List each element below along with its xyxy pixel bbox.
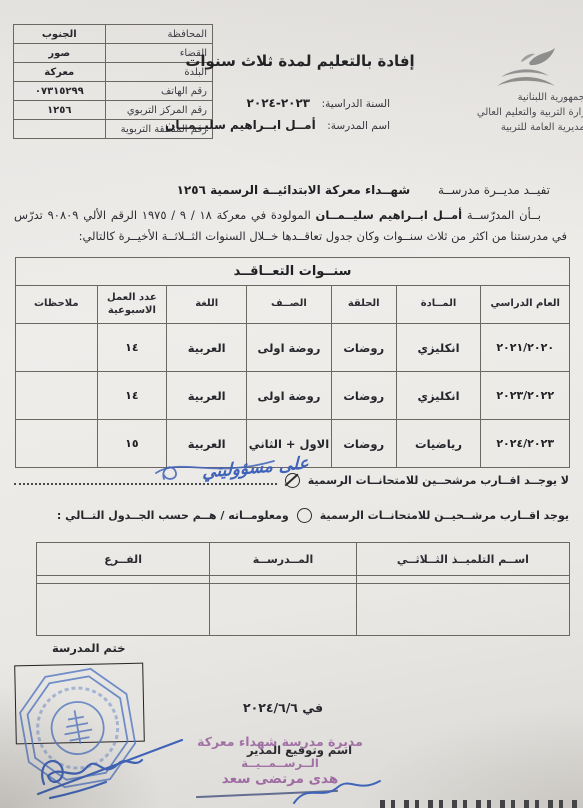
cycle-cell: روضات xyxy=(331,372,396,420)
school-year-value: ٢٠٢٣-٢٠٢٤ xyxy=(247,96,311,110)
col-header-subject: المــادة xyxy=(396,286,481,324)
director-signature-label: اسم وتوقيع المدير xyxy=(247,743,352,757)
has-relatives-label: يوجد اقــارب مرشــحيــن للامتحانــات الر… xyxy=(320,509,569,522)
empty-cell xyxy=(356,584,569,636)
col-header-language: اللغة xyxy=(167,286,247,324)
contract-table-title: سنــوات التعــاقــد xyxy=(16,258,570,286)
zone-number-value xyxy=(14,120,106,139)
dotted-answer-line xyxy=(14,482,277,485)
contract-table-title-row: سنــوات التعــاقــد xyxy=(16,258,570,286)
issue-date: في ٢٠٢٤/٦/٦ xyxy=(243,700,323,715)
students-table-header-row: اســم التلميــذ الثــلاثــي المــدرســة … xyxy=(37,543,570,576)
teacher-name-label: اسم المدرسة: xyxy=(327,120,390,132)
empty-cell xyxy=(356,576,569,584)
province-value: الجنوب xyxy=(14,25,106,44)
has-relatives-suffix: ومعلومــاته / هــم حسب الجــدول التــالي… xyxy=(57,509,289,522)
cut-off-text-fragment xyxy=(380,800,580,808)
empty-cell xyxy=(37,576,210,584)
col-header-class: الصــف xyxy=(247,286,332,324)
cycle-cell: روضات xyxy=(331,324,396,372)
center-number-label: رقم المركز التربوي xyxy=(105,101,212,120)
has-relatives-option-row: يوجد اقــارب مرشــحيــن للامتحانــات الر… xyxy=(14,508,569,523)
info-row-phone: رقم الهاتف ٠٧٣١٥٢٩٩ xyxy=(14,82,213,101)
students-table-empty-row xyxy=(37,584,570,636)
ministry-line-republic: الجمهورية اللبنانية xyxy=(477,90,583,105)
stamp-official-line: الــرســمــيــة xyxy=(196,757,364,770)
hours-cell: ١٥ xyxy=(97,420,167,468)
notes-cell xyxy=(16,372,98,420)
language-cell: العربية xyxy=(167,372,247,420)
notes-cell xyxy=(16,324,98,372)
school-year-line: السنة الدراسية: ٢٠٢٣-٢٠٢٤ xyxy=(247,96,390,110)
center-number-value: ١٢٥٦ xyxy=(14,101,106,120)
language-cell: العربية xyxy=(167,420,247,468)
col-header-school-year: العام الدراسي xyxy=(481,286,570,324)
town-value: معركة xyxy=(14,63,106,82)
class-cell: الاول + الثاني xyxy=(247,420,332,468)
subject-cell: انكليزي xyxy=(396,324,481,372)
empty-cell xyxy=(37,584,210,636)
contract-row-3: ٢٠٢٤/٢٠٢٣ رياضيات روضات الاول + الثاني ا… xyxy=(16,420,570,468)
empty-circle-icon xyxy=(297,508,312,523)
para-start: بــأن المدرّســة xyxy=(467,208,541,222)
cycle-cell: روضات xyxy=(331,420,396,468)
checked-circle-icon xyxy=(285,473,300,488)
certify-prefix: تفيــد مديــرة مدرســة xyxy=(438,183,550,197)
secondary-signature-icon xyxy=(288,775,388,808)
subject-cell: رياضيات xyxy=(396,420,481,468)
empty-cell xyxy=(210,584,357,636)
empty-cell xyxy=(210,576,357,584)
language-cell: العربية xyxy=(167,324,247,372)
contract-row-2: ٢٠٢٣/٢٠٢٢ انكليزي روضات روضة اولى العربي… xyxy=(16,372,570,420)
ministry-line-directorate: المديرية العامة للتربية xyxy=(477,120,583,135)
province-label: المحافظة xyxy=(105,25,212,44)
phone-label: رقم الهاتف xyxy=(105,82,212,101)
class-cell: روضة اولى xyxy=(247,372,332,420)
para-teacher-name: أمــل ابــراهيم سليــمــان xyxy=(316,208,463,222)
no-relatives-option-row: لا يوجــد اقــارب مرشحــين للامتحانــات … xyxy=(14,473,569,488)
info-row-province: المحافظة الجنوب xyxy=(14,25,213,44)
teacher-name-value: أمــل ابــراهيم سليــمــان xyxy=(165,118,316,132)
principal-signature-icon xyxy=(30,724,190,806)
hours-cell: ١٤ xyxy=(97,324,167,372)
teacher-name-line: اسم المدرسة: أمــل ابــراهيم سليــمــان xyxy=(165,118,390,132)
students-table-divider-row xyxy=(37,576,570,584)
scanned-certificate-document: المحافظة الجنوب القضاء صور البلدة معركة … xyxy=(0,0,583,808)
hours-cell: ١٤ xyxy=(97,372,167,420)
info-row-center-number: رقم المركز التربوي ١٢٥٦ xyxy=(14,101,213,120)
subject-cell: انكليزي xyxy=(396,372,481,420)
col-header-weekly-hours: عدد العمل الاسبوعية xyxy=(97,286,167,324)
col-header-school: المــدرســة xyxy=(210,543,357,576)
contract-table-header-row: العام الدراسي المــادة الحلقة الصــف الل… xyxy=(16,286,570,324)
ministry-header-block: الجمهورية اللبنانية وزارة التربية والتعل… xyxy=(477,90,583,135)
year-cell: ٢٠٢١/٢٠٢٠ xyxy=(481,324,570,372)
notes-cell xyxy=(16,420,98,468)
school-year-label: السنة الدراسية: xyxy=(322,98,390,110)
class-cell: روضة اولى xyxy=(247,324,332,372)
certify-line: تفيــد مديــرة مدرســة شهــداء معركة الا… xyxy=(177,183,550,197)
year-cell: ٢٠٢٣/٢٠٢٢ xyxy=(481,372,570,420)
school-stamp-label: ختم المدرسة xyxy=(52,641,126,655)
phone-value: ٠٧٣١٥٢٩٩ xyxy=(14,82,106,101)
col-header-notes: ملاحظات xyxy=(16,286,98,324)
students-table: اســم التلميــذ الثــلاثــي المــدرســة … xyxy=(36,542,570,636)
col-header-student-name: اســم التلميــذ الثــلاثــي xyxy=(356,543,569,576)
year-cell: ٢٠٢٤/٢٠٢٣ xyxy=(481,420,570,468)
contract-years-table: سنــوات التعــاقــد العام الدراسي المــا… xyxy=(15,257,570,468)
contract-row-1: ٢٠٢١/٢٠٢٠ انكليزي روضات روضة اولى العربي… xyxy=(16,324,570,372)
ministry-line-ministry: وزارة التربية والتعليم العالي xyxy=(477,105,583,120)
col-header-branch: الفــرع xyxy=(37,543,210,576)
col-header-cycle: الحلقة xyxy=(331,286,396,324)
district-value: صور xyxy=(14,44,106,63)
certify-school-name: شهــداء معركة الابتدائيــة الرسمية ١٢٥٦ xyxy=(177,183,411,197)
no-relatives-label: لا يوجــد اقــارب مرشحــين للامتحانــات … xyxy=(308,474,569,487)
document-title: إفادة بالتعليم لمدة ثلاث سنوات xyxy=(150,52,450,70)
intro-paragraph: بــأن المدرّســة أمــل ابــراهيم سليــمـ… xyxy=(14,205,567,248)
